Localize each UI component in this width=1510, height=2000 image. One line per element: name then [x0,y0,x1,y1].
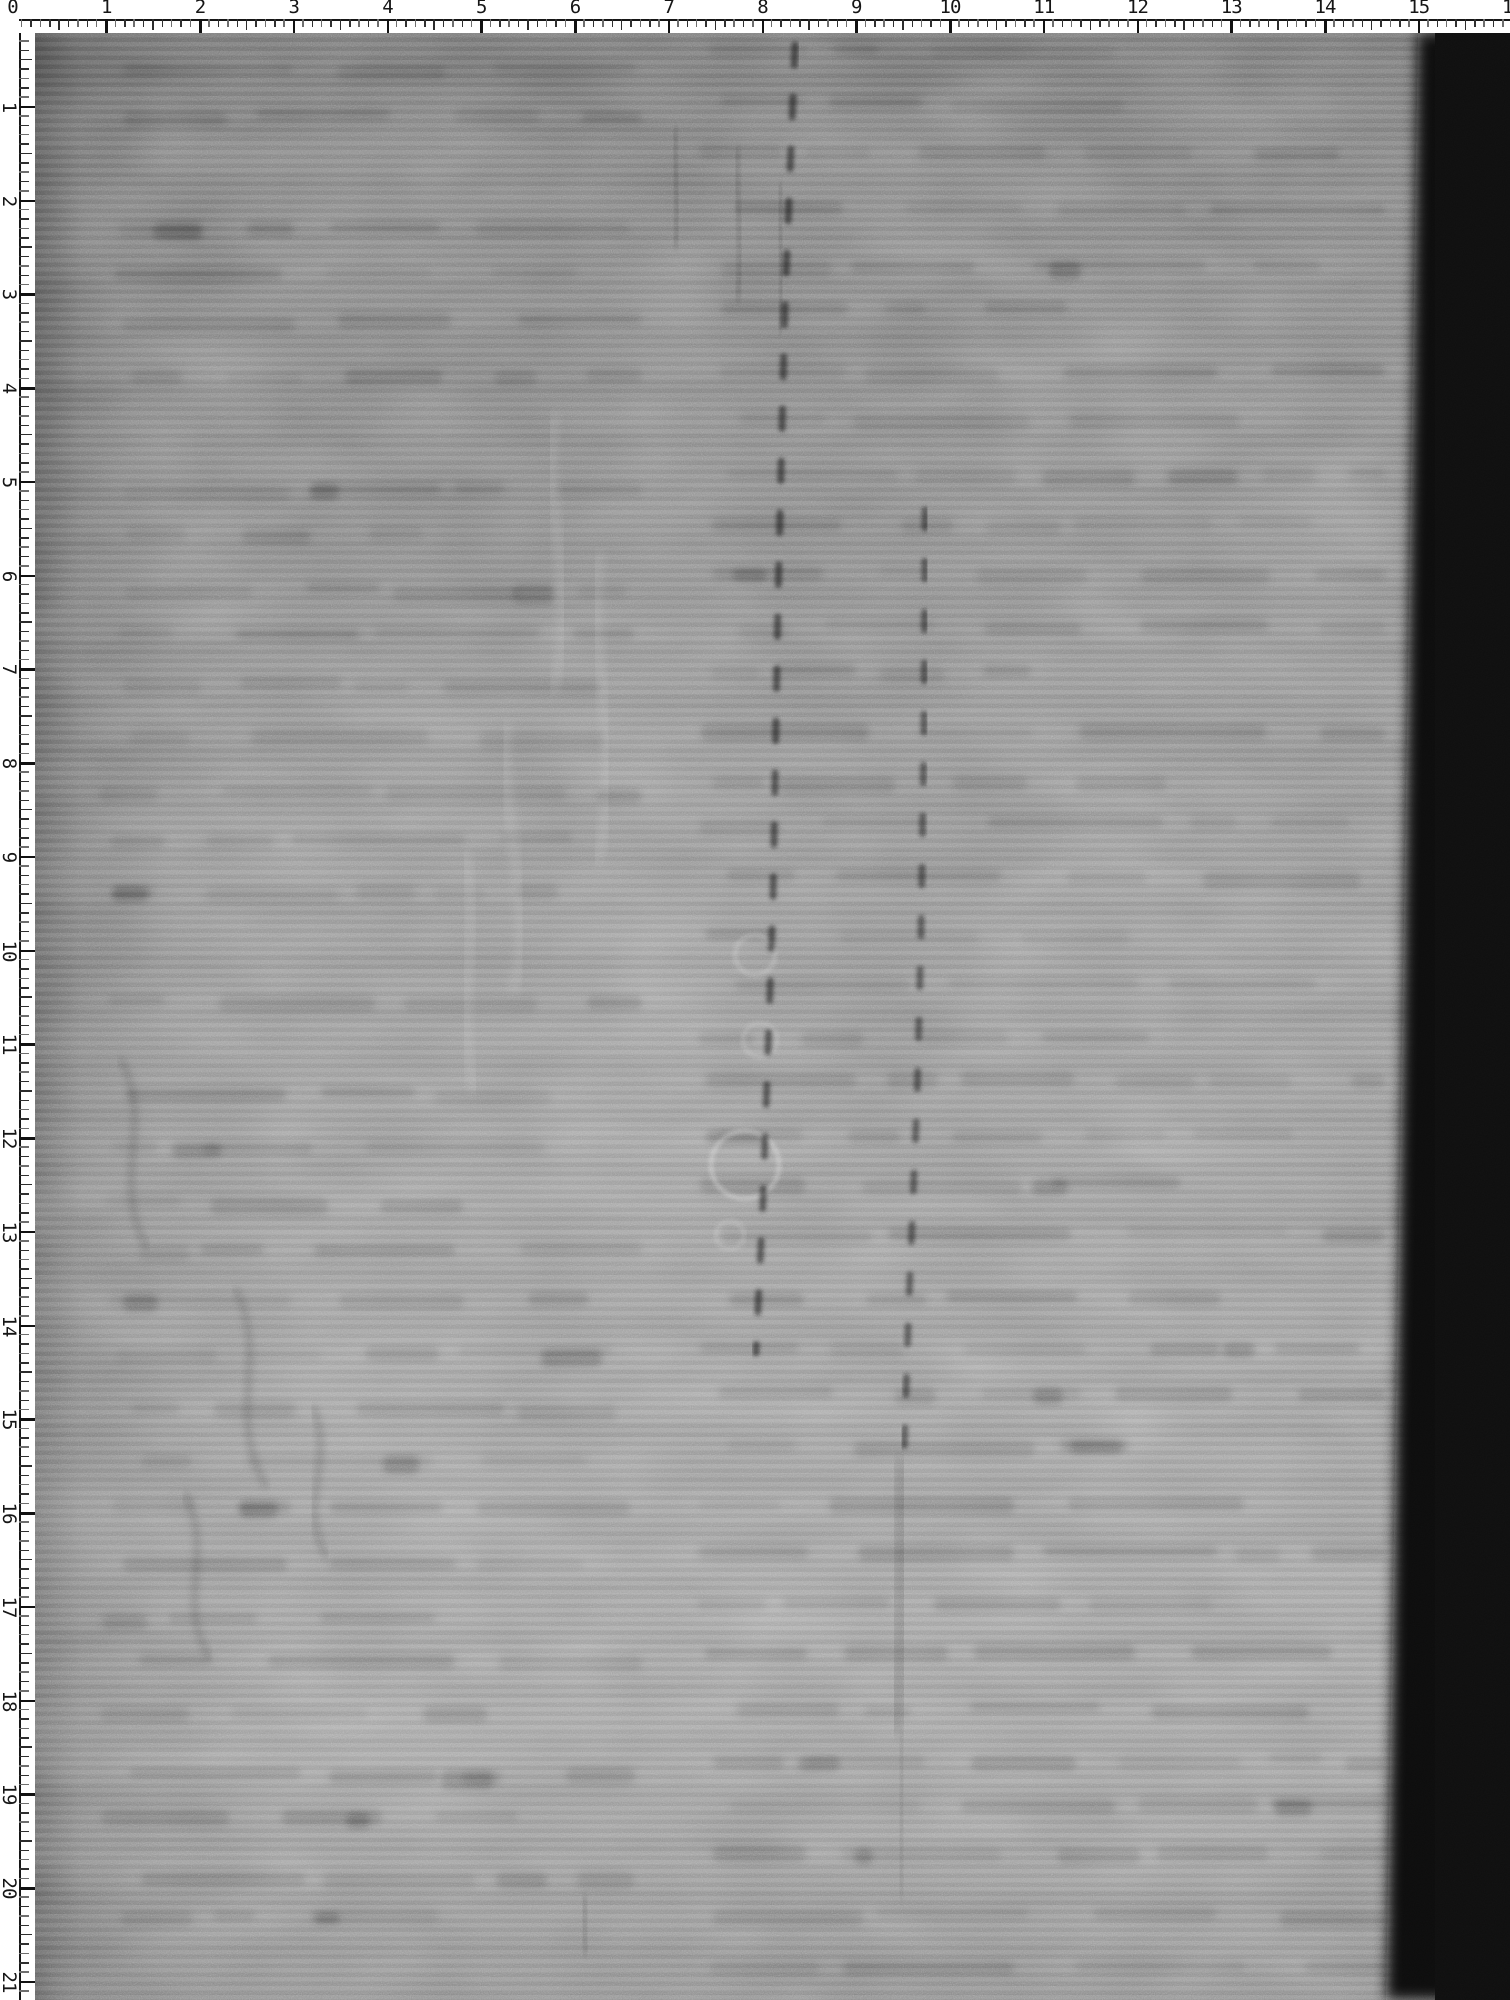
ruler-left-tick [19,528,32,530]
ruler-top-tick [1024,19,1026,27]
ruler-top-tick [227,19,229,27]
ruler-left-tick [19,200,35,203]
ruler-top-tick [1146,19,1148,27]
ruler-left-tick [19,406,29,408]
ruler-top-tick [818,19,820,27]
ruler-top-tick [58,19,60,30]
ruler-top-label-10: 10 [930,0,970,16]
ruler-left-label-19: 19 [0,1774,18,1814]
ruler-left-tick [19,125,29,127]
ruler-left-tick [19,884,29,886]
ruler-top-tick [996,19,998,30]
ruler-top-tick [1333,19,1335,27]
ruler-left-label-8: 8 [0,743,18,783]
ruler-left-label-9: 9 [0,837,18,877]
ruler-top-tick [1390,19,1392,27]
ruler-left-tick [19,237,29,239]
ruler-top-tick [1446,19,1448,27]
ruler-top-tick [1465,19,1467,30]
ruler-left-tick [19,1418,35,1421]
ruler-left-tick [19,865,29,867]
photo-overlay [35,33,1510,2000]
ruler-top-tick [1474,19,1476,27]
ruler-top-label-0: 0 [0,0,33,16]
ruler-top-label-12: 12 [1118,0,1158,16]
ruler-left-label-5: 5 [0,462,18,502]
ruler-left-tick [19,640,29,642]
ruler-left-tick [19,303,29,305]
ruler-left-tick [19,1625,29,1627]
ruler-left-tick [19,715,32,717]
ruler-top-label-9: 9 [836,0,876,16]
ruler-top-label-6: 6 [555,0,595,16]
ruler-left-tick [19,1128,29,1130]
ruler-left-tick [19,1662,29,1664]
ruler-top-tick [1118,19,1120,27]
ruler-left-tick [19,1315,29,1317]
ruler-top-tick [508,19,510,27]
ruler-top-tick [958,19,960,27]
ruler-top-tick [499,19,501,27]
ruler-top-label-7: 7 [649,0,689,16]
ruler-top-tick [640,19,642,27]
ruler-left-tick [19,518,29,520]
ruler-left-tick [19,1746,32,1748]
ruler-top-tick [208,19,210,27]
ruler-top-tick [724,19,726,27]
ruler-top-label-16: 16 [1493,0,1510,16]
ruler-top-tick [283,19,285,27]
ruler-left-tick [19,1250,29,1252]
ruler-left-tick [19,1615,29,1617]
ruler-top-tick [837,19,839,27]
ruler-left-tick [19,1578,29,1580]
ruler-left-tick [19,1690,29,1692]
ruler-top-tick [190,19,192,27]
ruler-left-label-18: 18 [0,1681,18,1721]
ruler-top-tick [96,19,98,27]
ruler-left-label-20: 20 [0,1868,18,1908]
ruler-left-tick [19,350,29,352]
ruler-top-tick [827,19,829,27]
ruler-top-tick [705,19,707,27]
ruler-left-tick [19,959,29,961]
ruler-top-tick [68,19,70,27]
ruler-left-label-11: 11 [0,1024,18,1064]
ruler-left-tick [19,153,32,155]
ruler-top-tick [1296,19,1298,27]
ruler-top-tick [490,19,492,27]
ruler-top-tick [1015,19,1017,27]
ruler-left-label-1: 1 [0,87,18,127]
ruler-left-tick [19,1681,29,1683]
ruler-top-tick [1380,19,1382,27]
ruler-top-label-14: 14 [1305,0,1345,16]
ruler-left-tick [19,987,29,989]
ruler-top-tick [949,19,952,33]
ruler-top-tick [1399,19,1401,27]
ruler-top-tick [855,19,858,33]
ruler-top-tick [1052,19,1054,27]
ruler-left-tick [19,1400,29,1402]
ruler-left-tick [19,968,29,970]
ruler-top-tick [265,19,267,27]
ruler-top-tick [1230,19,1233,33]
ruler-top-tick [124,19,126,27]
ruler-left-tick [19,1343,29,1345]
ruler-top-label-13: 13 [1211,0,1251,16]
ruler-left-tick [19,1596,29,1598]
ruler-left-tick [19,1606,35,1609]
ruler-top-label-15: 15 [1399,0,1439,16]
ruler-left-tick [19,1784,29,1786]
ruler-left-tick [19,1053,29,1055]
ruler-top-tick [405,19,407,27]
ruler-top-label-11: 11 [1024,0,1064,16]
ruler-top-tick [115,19,117,27]
ruler-top-tick [1137,19,1140,33]
ruler-top-tick [780,19,782,27]
ruler-left-tick [19,828,29,830]
ruler-top-tick [1127,19,1129,27]
ruler-left-tick [19,143,29,145]
ruler-left-tick [19,1221,29,1223]
ruler-left-tick [19,321,29,323]
ruler-top-tick [162,19,164,27]
ruler-left-tick [19,1062,29,1064]
ruler-left-tick [19,1334,29,1336]
ruler-left-tick [19,368,29,370]
ruler-left-tick [19,950,35,953]
ruler-left-tick [19,1296,29,1298]
ruler-left-tick [19,603,29,605]
ruler-left-tick [19,1259,29,1261]
ruler-left-tick [19,875,29,877]
ruler-top-tick [1352,19,1354,27]
ruler-left-tick [19,1643,29,1645]
ruler-top-tick [424,19,426,27]
ruler-left-tick [19,903,32,905]
ruler-left-tick [19,500,29,502]
ruler-top-tick [1408,19,1410,27]
ruler-left-tick [19,134,29,136]
ruler-top-tick [433,19,435,30]
ruler-left-label-13: 13 [0,1212,18,1252]
ruler-left-tick [19,1137,35,1140]
ruler-top-tick [377,19,379,27]
ruler-top-tick [471,19,473,27]
ruler-left-tick [19,846,29,848]
ruler-left-tick [19,537,29,539]
ruler-top-tick [30,19,32,27]
ruler-top-tick [527,19,529,30]
ruler-top-tick [349,19,351,27]
ruler-left-tick [19,1925,29,1927]
ruler-top-tick [912,19,914,27]
ruler-left-tick [19,1193,29,1195]
ruler-left-tick [19,425,29,427]
ruler-top-tick [274,19,276,27]
ruler-top-tick [968,19,970,27]
ruler-left-tick [19,1212,29,1214]
ruler-top-tick [237,19,239,27]
ruler-top-tick [574,19,577,33]
ruler-left-tick [19,1653,32,1655]
ruler-left-tick [19,68,29,70]
ruler-left-tick [19,490,29,492]
ruler-top-tick [677,19,679,27]
ruler-left-label-16: 16 [0,1493,18,1533]
ruler-left-tick [19,1990,29,1992]
ruler-left-tick [19,96,29,98]
ruler-top-tick [743,19,745,27]
ruler-top-tick [246,19,248,30]
ruler-top-tick [340,19,342,30]
ruler-top-tick [893,19,895,27]
ruler-top-label-3: 3 [274,0,314,16]
ruler-top-tick [687,19,689,27]
ruler-left-tick [19,1953,29,1955]
ruler-top-tick [612,19,614,27]
ruler-left-tick [19,115,29,117]
ruler-left-tick [19,1306,29,1308]
ruler-top-tick [199,19,202,33]
ruler-left-label-21: 21 [0,1962,18,2000]
ruler-top-tick [630,19,632,27]
ruler-top-tick [415,19,417,27]
ruler-left-tick [19,593,29,595]
ruler-top-tick [883,19,885,27]
ruler-left-tick [19,471,29,473]
ruler-left-tick [19,40,29,42]
ruler-top-tick [1183,19,1185,30]
ruler-left-tick [19,940,29,942]
ruler-left-tick [19,978,29,980]
ruler-left-tick [19,1896,29,1898]
ruler-left-tick [19,753,29,755]
ruler-left-tick [19,575,35,578]
ruler-left-tick [19,1803,29,1805]
ruler-top-tick [565,19,567,27]
ruler-left-tick [19,1718,29,1720]
ruler-left-tick [19,481,35,484]
ruler-left-tick [19,78,29,80]
ruler-top: 012345678910111213141516 [0,0,1510,33]
ruler-left-label-15: 15 [0,1399,18,1439]
ruler-left-tick [19,359,29,361]
ruler-left-tick [19,1765,29,1767]
ruler-top-tick [799,19,801,27]
ruler-top-tick [1502,19,1504,27]
ruler-top-tick [1455,19,1457,27]
ruler-left-tick [19,275,29,277]
ruler-top-tick [1193,19,1195,27]
ruler-left-tick [19,1146,29,1148]
ruler-left-tick [19,743,29,745]
ruler-left-tick [19,509,29,511]
ruler-left-tick [19,1793,35,1796]
ruler-left-tick [19,246,32,248]
ruler-top-tick [1202,19,1204,27]
ruler-left-tick [19,837,29,839]
ruler-left-label-6: 6 [0,556,18,596]
ruler-top-tick [218,19,220,27]
ruler-left-tick [19,1446,29,1448]
ruler-top-tick [143,19,145,27]
ruler-top-tick [1033,19,1035,27]
ruler-left-tick [19,762,35,765]
ruler-left-tick [19,1756,29,1758]
ruler-left-tick [19,1671,29,1673]
ruler-left-label-2: 2 [0,181,18,221]
ruler-top-tick [930,19,932,27]
ruler-left-tick [19,856,35,859]
ruler-left-tick [19,340,32,342]
ruler-top-tick [1343,19,1345,27]
ruler-left-tick [19,1503,29,1505]
ruler-top-label-5: 5 [461,0,501,16]
ruler-left-tick [19,1390,29,1392]
ruler-left-tick [19,1962,29,1964]
ruler-left-tick [19,396,29,398]
ruler-top-tick [1212,19,1214,27]
ruler-left-tick [19,1868,29,1870]
ruler-left-tick [19,1203,29,1205]
ruler-left-tick [19,1821,29,1823]
ruler-left-tick [19,443,29,445]
ruler-top-tick [977,19,979,27]
ruler-left-label-17: 17 [0,1587,18,1627]
ruler-left-tick [19,387,35,390]
ruler-left-tick [19,612,29,614]
ruler-left-label-14: 14 [0,1306,18,1346]
ruler-left-tick [19,1550,29,1552]
ruler-top-tick [668,19,671,33]
ruler-left-tick [19,1878,29,1880]
ruler-left-tick [19,1325,35,1328]
ruler-left-tick [19,921,29,923]
ruler-left-tick [19,50,29,52]
ruler-left-tick [19,1437,29,1439]
ruler-left-tick [19,1081,29,1083]
ruler-left-tick [19,1043,35,1046]
ruler-left-tick [19,1559,32,1561]
ruler-left-tick [19,771,29,773]
ruler-top-tick [593,19,595,27]
ruler-top-tick [1324,19,1327,33]
ruler-left-tick [19,1634,29,1636]
ruler-left-label-7: 7 [0,649,18,689]
palimpsest-scan-page: 012345678910111213141516 123456789101112… [0,0,1510,2000]
ruler-top-tick [105,19,108,33]
ruler-left-tick [19,556,29,558]
ruler-top-tick [330,19,332,27]
ruler-left-tick [19,1981,35,1984]
ruler-left-tick [19,1381,29,1383]
ruler-top-tick [902,19,904,30]
ruler-left-tick [19,687,29,689]
ruler-left-tick [19,1071,29,1073]
ruler-left-label-3: 3 [0,274,18,314]
ruler-top-tick [1108,19,1110,27]
ruler-left-label-12: 12 [0,1118,18,1158]
ruler-left-tick [19,1175,29,1177]
ruler-left-tick [19,162,29,164]
ruler-left-tick [19,659,29,661]
ruler-left-tick [19,1231,35,1234]
ruler-top-tick [940,19,942,27]
ruler-top-tick [1062,19,1064,27]
ruler-top-tick [396,19,398,27]
ruler-left-tick [19,912,29,914]
ruler-left-tick [19,1015,29,1017]
ruler-top-tick [583,19,585,27]
ruler-top-label-2: 2 [180,0,220,16]
ruler-top-tick [808,19,810,30]
ruler-left-tick [19,1812,29,1814]
ruler-top-tick [921,19,923,27]
ruler-left-tick [19,1531,29,1533]
ruler-top-label-8: 8 [743,0,783,16]
ruler-left-tick [19,462,29,464]
ruler-top-tick [152,19,154,30]
ruler-left-tick [19,1859,29,1861]
ruler-top-tick [602,19,604,27]
ruler-left-tick [19,809,32,811]
ruler-top-tick [1277,19,1279,30]
ruler-top-tick [1080,19,1082,27]
ruler-top-tick [452,19,454,27]
ruler-left-tick [19,1728,29,1730]
ruler-left-tick [19,621,32,623]
ruler-left-tick [19,1156,29,1158]
ruler-top-tick [1249,19,1251,27]
ruler-left-tick [19,584,29,586]
ruler-top-tick [1005,19,1007,27]
ruler-left-tick [19,1240,29,1242]
ruler-top-tick [1155,19,1157,27]
ruler-left-tick [19,218,29,220]
ruler-top-tick [40,19,42,27]
ruler-top-tick [1071,19,1073,27]
ruler-left-tick [19,331,29,333]
ruler-left-tick [19,1278,32,1280]
ruler-left-tick [19,1568,29,1570]
ruler-top-tick [480,19,483,33]
ruler-top-tick [387,19,390,33]
ruler-top-tick [621,19,623,30]
ruler-top-tick [293,19,296,33]
ruler-left-tick [19,1006,29,1008]
ruler-left-tick [19,1915,29,1917]
ruler-left-tick [19,818,29,820]
ruler-top-tick [790,19,792,27]
ruler-left-tick [19,800,29,802]
ruler-top-tick [1493,19,1495,27]
ruler-top-tick [1483,19,1485,27]
ruler-left-tick [19,1493,29,1495]
ruler-top-tick [312,19,314,27]
ruler-left-tick [19,1025,29,1027]
ruler-left-tick [19,1934,32,1936]
ruler-top-tick [87,19,89,27]
ruler-left-tick [19,1409,29,1411]
ruler-top-tick [846,19,848,27]
ruler-left-tick [19,931,29,933]
ruler-left-tick [19,1943,29,1945]
ruler-left-tick [19,565,29,567]
ruler-left-tick [19,1971,29,1973]
